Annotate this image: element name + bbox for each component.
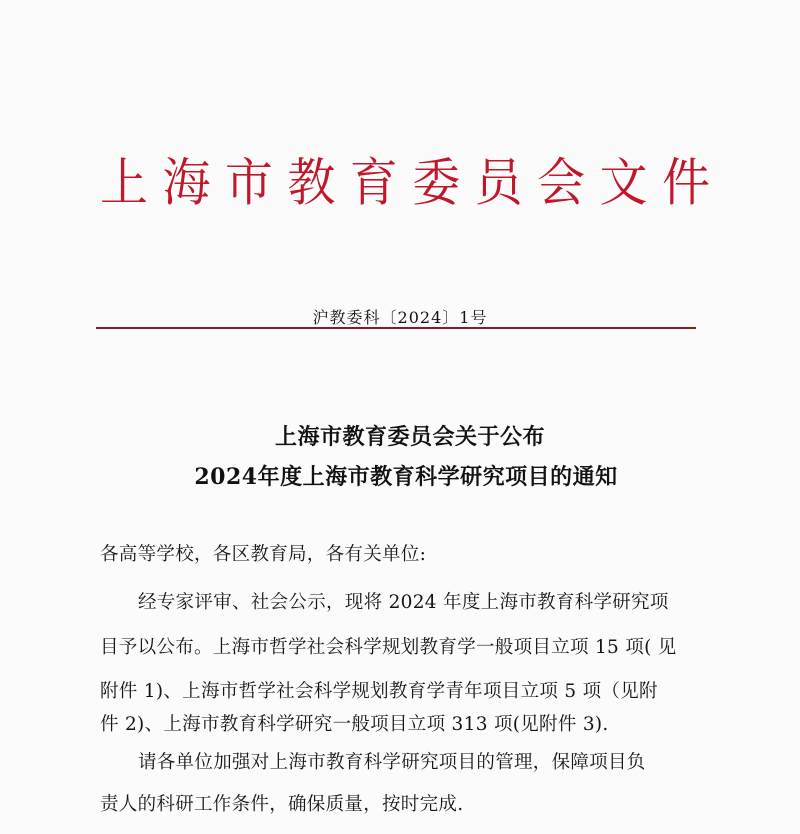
body-line-5: 请各单位加强对上海市教育科学研究项目的管理，保障项目负 xyxy=(138,748,646,774)
document-page: 上 海 市 教 育 委 员 会 文 件 沪教委科〔2024〕1号 上海市教育委员… xyxy=(0,0,800,834)
masthead-char: 育 xyxy=(350,150,398,217)
body-line-2: 目予以公布。上海市哲学社会科学规划教育学一般项目立项 15 项( 见 xyxy=(100,633,677,659)
masthead-char: 海 xyxy=(162,150,210,217)
masthead-char: 会 xyxy=(537,150,585,217)
masthead-char: 市 xyxy=(225,150,273,217)
masthead-char: 上 xyxy=(100,150,148,217)
body-line-1: 经专家评审、社会公示，现将 2024 年度上海市教育科学研究项 xyxy=(138,588,669,614)
masthead-char: 员 xyxy=(475,150,523,217)
masthead-title: 上 海 市 教 育 委 员 会 文 件 xyxy=(100,152,710,214)
body-line-6: 责人的科研工作条件，确保质量，按时完成. xyxy=(100,790,463,816)
masthead-char: 文 xyxy=(600,150,648,217)
notice-title-line-2: 2024年度上海市教育科学研究项目的通知 xyxy=(0,460,800,491)
body-line-4: 件 2)、上海市教育科学研究一般项目立项 313 项(见附件 3). xyxy=(100,710,609,736)
red-divider-rule xyxy=(96,327,696,329)
masthead-char: 教 xyxy=(287,150,335,217)
masthead-char: 件 xyxy=(662,150,710,217)
document-number: 沪教委科〔2024〕1号 xyxy=(0,305,800,328)
body-line-3: 附件 1)、上海市哲学社会科学规划教育学青年项目立项 5 项（见附 xyxy=(100,677,658,703)
addressee-line: 各高等学校，各区教育局，各有关单位: xyxy=(100,540,426,566)
notice-title-line-1: 上海市教育委员会关于公布 xyxy=(0,420,800,451)
masthead-char: 委 xyxy=(412,150,460,217)
